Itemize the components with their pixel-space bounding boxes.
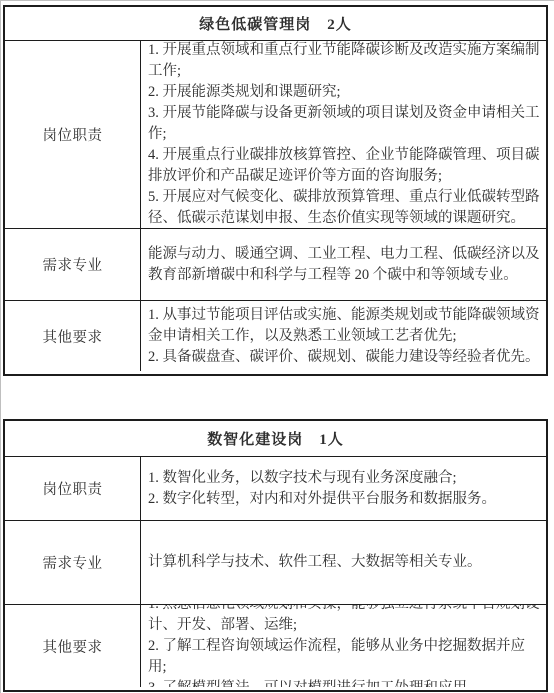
table-title: 绿色低碳管理岗 2人 xyxy=(5,7,546,41)
row-label-other-requirements: 其他要求 xyxy=(5,301,141,371)
page-edge-left xyxy=(0,0,1,693)
job-table-green-low-carbon: 绿色低碳管理岗 2人 岗位职责 1. 开展重点领域和重点行业节能降碳诊断及改造实… xyxy=(3,5,548,376)
content-line: 1. 从事过节能项目评估或实施、能源类规划或节能降碳领域资金申请相关工作，以及熟… xyxy=(148,305,540,347)
content-line: 5. 开展应对气候变化、碳排放预算管理、重点行业低碳转型路径、低碳示范谋划申报、… xyxy=(148,187,540,228)
content-line: 能源与动力、暖通空调、工业工程、电力工程、低碳经济以及教育部新增碳中和科学与工程… xyxy=(148,244,540,286)
document-page: 绿色低碳管理岗 2人 岗位职责 1. 开展重点领域和重点行业节能降碳诊断及改造实… xyxy=(0,0,554,693)
content-line: 2. 具备碳盘查、碳评价、碳规划、碳能力建设等经验者优先。 xyxy=(148,347,540,368)
table-row-majors: 需求专业 能源与动力、暖通空调、工业工程、电力工程、低碳经济以及教育部新增碳中和… xyxy=(5,229,546,301)
content-line: 2. 了解工程咨询领域运作流程，能够从业务中挖掘数据并应用; xyxy=(148,636,540,678)
content-line: 1. 熟悉信息化领域规划和实操，能够独立进行系统平台规划设计、开发、部署、运维; xyxy=(148,605,540,636)
content-line: 2. 开展能源类规划和课题研究; xyxy=(148,82,540,103)
row-content-majors: 能源与动力、暖通空调、工业工程、电力工程、低碳经济以及教育部新增碳中和科学与工程… xyxy=(141,229,546,300)
row-label-majors: 需求专业 xyxy=(5,521,141,604)
table-row-other-requirements: 其他要求 1. 熟悉信息化领域规划和实操，能够独立进行系统平台规划设计、开发、部… xyxy=(5,605,546,687)
row-content-other-requirements: 1. 从事过节能项目评估或实施、能源类规划或节能降碳领域资金申请相关工作，以及熟… xyxy=(141,301,546,371)
page-edge-top xyxy=(0,0,554,1)
table-row-duties: 岗位职责 1. 数智化业务，以数字技术与现有业务深度融合; 2. 数字化转型，对… xyxy=(5,457,546,521)
content-line: 计算机科学与技术、软件工程、大数据等相关专业。 xyxy=(148,552,540,573)
row-label-duties: 岗位职责 xyxy=(5,457,141,520)
content-line: 2. 数字化转型，对内和对外提供平台服务和数据服务。 xyxy=(148,489,540,510)
table-title: 数智化建设岗 1人 xyxy=(5,421,546,457)
content-line: 1. 数智化业务，以数字技术与现有业务深度融合; xyxy=(148,468,540,489)
table-row-other-requirements: 其他要求 1. 从事过节能项目评估或实施、能源类规划或节能降碳领域资金申请相关工… xyxy=(5,301,546,371)
row-label-majors: 需求专业 xyxy=(5,229,141,300)
content-line: 1. 开展重点领域和重点行业节能降碳诊断及改造实施方案编制工作; xyxy=(148,41,540,82)
content-line: 4. 开展重点行业碳排放核算管控、企业节能降碳管理、项目碳排放评价和产品碳足迹评… xyxy=(148,145,540,187)
row-content-other-requirements: 1. 熟悉信息化领域规划和实操，能够独立进行系统平台规划设计、开发、部署、运维;… xyxy=(141,605,546,687)
row-content-majors: 计算机科学与技术、软件工程、大数据等相关专业。 xyxy=(141,521,546,604)
row-content-duties: 1. 数智化业务，以数字技术与现有业务深度融合; 2. 数字化转型，对内和对外提… xyxy=(141,457,546,520)
content-line: 3. 了解模型算法，可以对模型进行加工处理和应用。 xyxy=(148,678,540,688)
row-label-duties: 岗位职责 xyxy=(5,41,141,228)
row-content-duties: 1. 开展重点领域和重点行业节能降碳诊断及改造实施方案编制工作; 2. 开展能源… xyxy=(141,41,546,228)
content-line: 3. 开展节能降碳与设备更新领域的项目谋划及资金申请相关工作; xyxy=(148,103,540,145)
table-row-majors: 需求专业 计算机科学与技术、软件工程、大数据等相关专业。 xyxy=(5,521,546,605)
table-row-duties: 岗位职责 1. 开展重点领域和重点行业节能降碳诊断及改造实施方案编制工作; 2.… xyxy=(5,41,546,229)
job-table-digital-construction: 数智化建设岗 1人 岗位职责 1. 数智化业务，以数字技术与现有业务深度融合; … xyxy=(3,419,548,692)
row-label-other-requirements: 其他要求 xyxy=(5,605,141,687)
